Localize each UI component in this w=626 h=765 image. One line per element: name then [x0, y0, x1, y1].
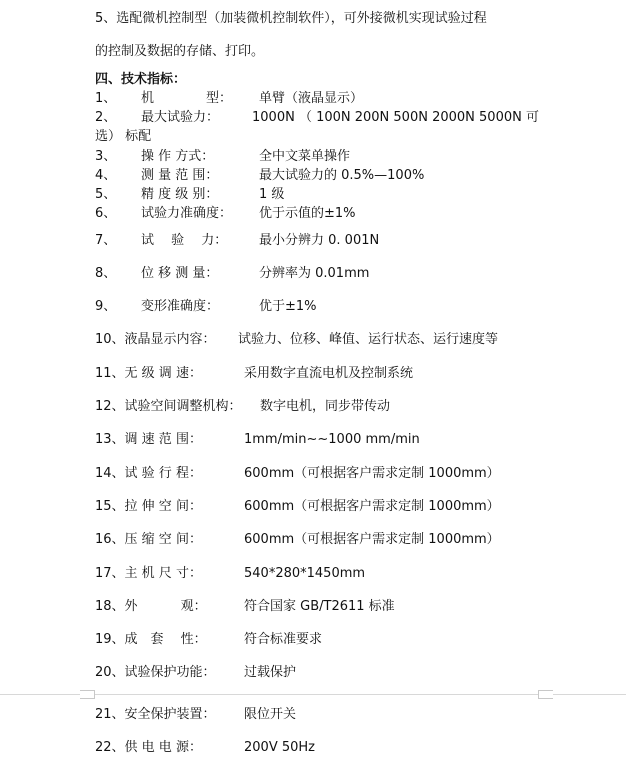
spec-label: 试 验 力： [141, 233, 227, 249]
spec-row-4: 4、 测 量 范 围： 最大试验力的 0.5%—100% [0, 168, 626, 184]
spec-row-14: 14、试 验 行 程： 600mm（可根据客户需求定制 1000mm） [0, 466, 626, 482]
spec-row-20: 20、试验保护功能： 过载保护 [0, 665, 626, 681]
section-heading: 四、技术指标： [95, 72, 186, 88]
spec-row-12: 12、试验空间调整机构： 数字电机，同步带传动 [0, 399, 626, 415]
spec-row-5: 5、 精 度 级 别： 1 级 [0, 187, 626, 203]
spec-number: 9、 [95, 299, 116, 315]
spec-row-19: 19、成 套 性： 符合标准要求 [0, 632, 626, 648]
margin-corner-mark-left [80, 690, 95, 699]
spec-row-8: 8、 位 移 测 量： 分辨率为 0.01mm [0, 266, 626, 282]
spec-label: 17、主 机 尺 寸： [95, 566, 202, 582]
spec-value: 最大试验力的 0.5%—100% [259, 168, 424, 184]
spec-value: 优于示值的±1% [259, 206, 356, 222]
spec-label: 22、供 电 电 源： [95, 740, 202, 756]
spec-value: 200V 50Hz [244, 740, 315, 756]
spec-number: 5、 [95, 187, 116, 203]
spec-value: 符合国家 GB/T2611 标准 [244, 599, 395, 615]
spec-label: 12、试验空间调整机构： [95, 399, 242, 415]
spec-row-6: 6、 试验力准确度： 优于示值的±1% [0, 206, 626, 222]
spec-row-2: 2、 最大试验力： 1000N （ 100N 200N 500N 2000N 5… [0, 110, 626, 126]
spec-number: 6、 [95, 206, 116, 222]
spec-value: 600mm（可根据客户需求定制 1000mm） [244, 466, 500, 482]
spec-row-13: 13、调 速 范 围： 1mm/min~~1000 mm/min [0, 432, 626, 448]
spec-label: 19、成 套 性： [95, 632, 207, 648]
spec-label: 最大试验力： [141, 110, 219, 126]
spec-label: 18、外 观： [95, 599, 207, 615]
intro-line-1: 5、选配微机控制型（加装微机控制软件），可外接微机实现试验过程 [95, 11, 487, 27]
spec-value: 数字电机，同步带传动 [260, 399, 390, 415]
spec-value: 过载保护 [244, 665, 296, 681]
spec-row-16: 16、压 缩 空 间： 600mm（可根据客户需求定制 1000mm） [0, 532, 626, 548]
spec-row-17: 17、主 机 尺 寸： 540*280*1450mm [0, 566, 626, 582]
intro-line-2: 的控制及数据的存储、打印。 [95, 44, 264, 60]
spec-value: 600mm（可根据客户需求定制 1000mm） [244, 499, 500, 515]
spec-row-3: 3、 操 作 方式： 全中文菜单操作 [0, 149, 626, 165]
spec-value: 分辨率为 0.01mm [259, 266, 369, 282]
spec-value: 试验力、位移、峰值、运行状态、运行速度等 [238, 332, 498, 348]
spec-label: 20、试验保护功能： [95, 665, 216, 681]
spec-value: 采用数字直流电机及控制系统 [244, 366, 413, 382]
spec-row-7: 7、 试 验 力： 最小分辨力 0. 001N [0, 233, 626, 249]
spec-row-9: 9、 变形准确度： 优于±1% [0, 299, 626, 315]
spec-value: 1000N （ 100N 200N 500N 2000N 5000N 可 [252, 110, 539, 126]
spec-row-15: 15、拉 伸 空 间： 600mm（可根据客户需求定制 1000mm） [0, 499, 626, 515]
spec-number: 3、 [95, 149, 116, 165]
spec-row-22: 22、供 电 电 源： 200V 50Hz [0, 740, 626, 756]
spec-value: 最小分辨力 0. 001N [259, 233, 379, 249]
spec-label: 10、液晶显示内容： [95, 332, 216, 348]
spec-label: 变形准确度： [141, 299, 219, 315]
spec-value: 540*280*1450mm [244, 566, 365, 582]
spec-value: 1mm/min~~1000 mm/min [244, 432, 420, 448]
spec-label: 16、压 缩 空 间： [95, 532, 202, 548]
spec-label: 试验力准确度： [141, 206, 232, 222]
spec-number: 2、 [95, 110, 116, 126]
spec-value: 符合标准要求 [244, 632, 322, 648]
spec-label: 机 型： [141, 91, 232, 107]
spec-number: 8、 [95, 266, 116, 282]
spec-row-18: 18、外 观： 符合国家 GB/T2611 标准 [0, 599, 626, 615]
spec-value: 限位开关 [244, 707, 296, 723]
spec-label: 15、拉 伸 空 间： [95, 499, 202, 515]
spec-row-10: 10、液晶显示内容： 试验力、位移、峰值、运行状态、运行速度等 [0, 332, 626, 348]
spec-row-2-continuation: 选） 标配 [95, 129, 151, 145]
spec-number: 7、 [95, 233, 116, 249]
spec-number: 1、 [95, 91, 116, 107]
spec-number: 4、 [95, 168, 116, 184]
spec-row-1: 1、 机 型： 单臂（液晶显示） [0, 91, 626, 107]
spec-label: 精 度 级 别： [141, 187, 218, 203]
spec-label: 13、调 速 范 围： [95, 432, 202, 448]
spec-value: 600mm（可根据客户需求定制 1000mm） [244, 532, 500, 548]
spec-value: 优于±1% [259, 299, 317, 315]
spec-label: 测 量 范 围： [141, 168, 218, 184]
spec-label: 11、无 级 调 速： [95, 366, 202, 382]
spec-value: 全中文菜单操作 [259, 149, 350, 165]
spec-label: 21、安全保护装置： [95, 707, 216, 723]
spec-value: 单臂（液晶显示） [259, 91, 363, 107]
spec-row-21: 21、安全保护装置： 限位开关 [0, 707, 626, 723]
margin-corner-mark-right [538, 690, 553, 699]
spec-row-11: 11、无 级 调 速： 采用数字直流电机及控制系统 [0, 366, 626, 382]
spec-label: 位 移 测 量： [141, 266, 218, 282]
spec-label: 操 作 方式： [141, 149, 214, 165]
spec-label: 14、试 验 行 程： [95, 466, 202, 482]
spec-value: 1 级 [259, 187, 284, 203]
